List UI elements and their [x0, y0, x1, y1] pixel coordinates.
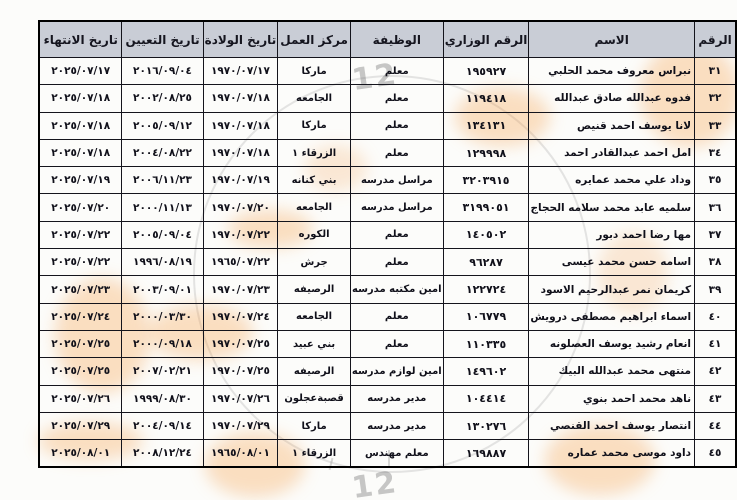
cell-num: ٣٢	[695, 85, 736, 112]
cell-job: معلم مهندس	[350, 440, 443, 468]
cell-min: ١٦٩٨٨٧	[443, 440, 529, 468]
table-row: ٤٥داود موسى محمد عماره١٦٩٨٨٧معلم مهندسال…	[39, 440, 736, 468]
cell-birth: ١٩٧٠/٠٧/١٨	[203, 85, 278, 112]
cell-name: لانا يوسف احمد قنيص	[529, 112, 695, 139]
column-header-appointed: تاريخ التعيين	[122, 21, 203, 58]
table-row: ٤٤انتصار يوسف احمد القنصي١٣٠٢٧٦مدير مدرس…	[39, 412, 736, 439]
cell-center: بني كنانه	[278, 167, 351, 194]
column-header-birth: تاريخ الولادة	[203, 21, 278, 58]
table-row: ٣٢فدوه عبدالله صادق عبدالله١١٩٤١٨معلمالج…	[39, 85, 736, 112]
cell-job: مراسل مدرسه	[350, 194, 443, 221]
cell-job: معلم	[350, 139, 443, 166]
cell-min: ١٣٤١٣١	[443, 112, 529, 139]
cell-job: مدير مدرسه	[350, 412, 443, 439]
cell-name: اسماء ابراهيم مصطفى درويش	[529, 303, 695, 330]
cell-name: كريمان نمر عبدالرحيم الاسود	[529, 276, 695, 303]
cell-num: ٣٦	[695, 194, 736, 221]
cell-end: ٢٠٢٥/٠٧/١٨	[39, 112, 122, 139]
cell-birth: ١٩٦٥/٠٨/٠١	[203, 440, 278, 468]
staff-table-header: الرقمالاسمالرقم الوزاريالوظيفةمركز العمل…	[39, 21, 736, 58]
cell-name: مها رضا احمد دبور	[529, 221, 695, 248]
cell-job: معلم	[350, 249, 443, 276]
cell-name: انتصار يوسف احمد القنصي	[529, 412, 695, 439]
cell-center: ماركا	[278, 112, 351, 139]
cell-name: اسامه حسن محمد عيسى	[529, 249, 695, 276]
table-row: ٣١نبراس معروف محمد الحلبي١٩٥٩٢٧معلمماركا…	[39, 58, 736, 85]
cell-min: ١٩٥٩٢٧	[443, 58, 529, 85]
cell-job: مدير مدرسه	[350, 385, 443, 412]
cell-min: ١٣٠٢٧٦	[443, 412, 529, 439]
cell-appointed: ٢٠٠٤/٠٩/١٤	[122, 412, 203, 439]
cell-name: سلميه عابد محمد سلامه الحجاج	[529, 194, 695, 221]
cell-name: نبراس معروف محمد الحلبي	[529, 58, 695, 85]
cell-min: ٩٦٢٨٧	[443, 249, 529, 276]
cell-num: ٣٣	[695, 112, 736, 139]
cell-name: ناهد محمد احمد بنوي	[529, 385, 695, 412]
table-row: ٣٧مها رضا احمد دبور١٤٠٥٠٢معلمالكوره١٩٧٠/…	[39, 221, 736, 248]
cell-min: ١٢٢٧٢٤	[443, 276, 529, 303]
cell-end: ٢٠٢٥/٠٧/٢٢	[39, 221, 122, 248]
cell-job: معلم	[350, 303, 443, 330]
cell-end: ٢٠٢٥/٠٧/٢٩	[39, 412, 122, 439]
header-row: الرقمالاسمالرقم الوزاريالوظيفةمركز العمل…	[39, 21, 736, 58]
table-row: ٣٨اسامه حسن محمد عيسى٩٦٢٨٧معلمجرش١٩٦٥/٠٧…	[39, 249, 736, 276]
table-row: ٣٤امل احمد عبدالقادر احمد١٢٩٩٩٨معلمالزرق…	[39, 139, 736, 166]
table-row: ٤٠اسماء ابراهيم مصطفى درويش١٠٦٧٧٩معلمالج…	[39, 303, 736, 330]
cell-num: ٤٤	[695, 412, 736, 439]
cell-min: ٣١٩٩٠٥١	[443, 194, 529, 221]
cell-job: معلم	[350, 221, 443, 248]
cell-min: ١١٩٤١٨	[443, 85, 529, 112]
cell-job: معلم	[350, 330, 443, 357]
cell-appointed: ٢٠٠٤/٠٨/٢٢	[122, 139, 203, 166]
cell-job: معلم	[350, 58, 443, 85]
cell-center: الجامعه	[278, 194, 351, 221]
cell-appointed: ٢٠٠٠/٠٩/١٨	[122, 330, 203, 357]
cell-num: ٤١	[695, 330, 736, 357]
cell-appointed: ١٩٩٦/٠٨/١٩	[122, 249, 203, 276]
cell-center: ماركا	[278, 412, 351, 439]
cell-job: مراسل مدرسه	[350, 167, 443, 194]
cell-num: ٣٩	[695, 276, 736, 303]
cell-min: ١١٠٣٣٥	[443, 330, 529, 357]
cell-birth: ١٩٧٠/٠٧/١٩	[203, 167, 278, 194]
cell-birth: ١٩٧٠/٠٧/٢٤	[203, 303, 278, 330]
cell-birth: ١٩٧٠/٠٧/٢٦	[203, 385, 278, 412]
table-row: ٤٣ناهد محمد احمد بنوي١٠٤٤١٤مدير مدرسهقصب…	[39, 385, 736, 412]
cell-appointed: ١٩٩٩/٠٨/٣٠	[122, 385, 203, 412]
cell-birth: ١٩٧٠/٠٧/٢٠	[203, 194, 278, 221]
cell-end: ٢٠٢٥/٠٧/٢٦	[39, 385, 122, 412]
cell-center: الرصيفه	[278, 276, 351, 303]
cell-end: ٢٠٢٥/٠٧/٢٠	[39, 194, 122, 221]
cell-name: انعام رشيد يوسف العصلونه	[529, 330, 695, 357]
table-row: ٣٦سلميه عابد محمد سلامه الحجاج٣١٩٩٠٥١مرا…	[39, 194, 736, 221]
cell-appointed: ٢٠٠٢/٠٨/٢٥	[122, 85, 203, 112]
column-header-job: الوظيفة	[350, 21, 443, 58]
table-row: ٣٣لانا يوسف احمد قنيص١٣٤١٣١معلمماركا١٩٧٠…	[39, 112, 736, 139]
cell-name: منتهى محمد عبدالله البيك	[529, 358, 695, 385]
cell-end: ٢٠٢٥/٠٧/١٨	[39, 85, 122, 112]
cell-birth: ١٩٧٠/٠٧/٢٣	[203, 276, 278, 303]
cell-job: معلم	[350, 85, 443, 112]
staff-table-body: ٣١نبراس معروف محمد الحلبي١٩٥٩٢٧معلمماركا…	[39, 58, 736, 468]
cell-end: ٢٠٢٥/٠٧/١٩	[39, 167, 122, 194]
cell-job: معلم	[350, 112, 443, 139]
column-header-num: الرقم	[695, 21, 736, 58]
cell-name: داود موسى محمد عماره	[529, 440, 695, 468]
cell-end: ٢٠٢٥/٠٧/٢٥	[39, 330, 122, 357]
column-header-center: مركز العمل	[278, 21, 351, 58]
cell-center: جرش	[278, 249, 351, 276]
cell-center: الزرقاء ١	[278, 440, 351, 468]
cell-birth: ١٩٧٠/٠٧/٢٥	[203, 330, 278, 357]
cell-center: الرصيفه	[278, 358, 351, 385]
cell-num: ٤٥	[695, 440, 736, 468]
cell-appointed: ٢٠٠٠/١١/١٣	[122, 194, 203, 221]
table-row: ٣٥وداد علي محمد عمايره٣٢٠٣٩١٥مراسل مدرسه…	[39, 167, 736, 194]
cell-end: ٢٠٢٥/٠٧/٢٣	[39, 276, 122, 303]
cell-center: الجامعه	[278, 85, 351, 112]
cell-end: ٢٠٢٥/٠٨/٠١	[39, 440, 122, 468]
cell-name: وداد علي محمد عمايره	[529, 167, 695, 194]
cell-num: ٣١	[695, 58, 736, 85]
cell-birth: ١٩٧٠/٠٧/٢٥	[203, 358, 278, 385]
cell-center: الزرقاء ١	[278, 139, 351, 166]
cell-center: الكوره	[278, 221, 351, 248]
cell-num: ٣٤	[695, 139, 736, 166]
cell-birth: ١٩٧٠/٠٧/٢٩	[203, 412, 278, 439]
cell-appointed: ٢٠٠٥/٠٩/١٢	[122, 112, 203, 139]
cell-appointed: ٢٠٠٣/٠٩/٠١	[122, 276, 203, 303]
cell-center: ماركا	[278, 58, 351, 85]
cell-min: ١٠٤٤١٤	[443, 385, 529, 412]
column-header-min: الرقم الوزاري	[443, 21, 529, 58]
cell-birth: ١٩٦٥/٠٧/٢٢	[203, 249, 278, 276]
cell-end: ٢٠٢٥/٠٧/٢٢	[39, 249, 122, 276]
cell-birth: ١٩٧٠/٠٧/١٨	[203, 112, 278, 139]
cell-appointed: ٢٠٠٨/١٢/٢٤	[122, 440, 203, 468]
cell-appointed: ٢٠٠٥/٠٩/٠٤	[122, 221, 203, 248]
cell-num: ٣٧	[695, 221, 736, 248]
column-header-name: الاسم	[529, 21, 695, 58]
staff-table: الرقمالاسمالرقم الوزاريالوظيفةمركز العمل…	[38, 20, 737, 468]
cell-end: ٢٠٢٥/٠٧/١٧	[39, 58, 122, 85]
cell-min: ١٢٩٩٩٨	[443, 139, 529, 166]
cell-center: قصبةعجلون	[278, 385, 351, 412]
table-row: ٤١انعام رشيد يوسف العصلونه١١٠٣٣٥معلمبني …	[39, 330, 736, 357]
cell-num: ٤٠	[695, 303, 736, 330]
cell-num: ٣٥	[695, 167, 736, 194]
cell-appointed: ٢٠٠٦/١١/٢٣	[122, 167, 203, 194]
cell-num: ٣٨	[695, 249, 736, 276]
watermark-clock-numeral-bottom: 12	[350, 465, 400, 500]
table-row: ٣٩كريمان نمر عبدالرحيم الاسود١٢٢٧٢٤امين …	[39, 276, 736, 303]
cell-birth: ١٩٧٠/٠٧/٢٢	[203, 221, 278, 248]
cell-center: بني عبيد	[278, 330, 351, 357]
cell-num: ٤٣	[695, 385, 736, 412]
scanned-document-page: { "colors": { "header_bg": "#c9cdd6", "t…	[0, 0, 737, 500]
cell-appointed: ٢٠١٦/٠٩/٠٤	[122, 58, 203, 85]
cell-min: ١٤٠٥٠٢	[443, 221, 529, 248]
cell-appointed: ٢٠٠٧/٠٢/٢١	[122, 358, 203, 385]
cell-end: ٢٠٢٥/٠٧/٢٥	[39, 358, 122, 385]
cell-min: ١٤٩٦٠٢	[443, 358, 529, 385]
cell-center: الجامعه	[278, 303, 351, 330]
cell-min: ٣٢٠٣٩١٥	[443, 167, 529, 194]
cell-end: ٢٠٢٥/٠٧/٢٤	[39, 303, 122, 330]
cell-min: ١٠٦٧٧٩	[443, 303, 529, 330]
cell-name: فدوه عبدالله صادق عبدالله	[529, 85, 695, 112]
cell-birth: ١٩٧٠/٠٧/١٨	[203, 139, 278, 166]
cell-job: امين مكتبه مدرسه	[350, 276, 443, 303]
cell-appointed: ٢٠٠٠/٠٣/٣٠	[122, 303, 203, 330]
cell-job: امين لوازم مدرسه	[350, 358, 443, 385]
cell-birth: ١٩٧٠/٠٧/١٧	[203, 58, 278, 85]
cell-end: ٢٠٢٥/٠٧/١٨	[39, 139, 122, 166]
table-row: ٤٢منتهى محمد عبدالله البيك١٤٩٦٠٢امين لوا…	[39, 358, 736, 385]
cell-num: ٤٢	[695, 358, 736, 385]
cell-name: امل احمد عبدالقادر احمد	[529, 139, 695, 166]
column-header-end: تاريخ الانتهاء	[39, 21, 122, 58]
